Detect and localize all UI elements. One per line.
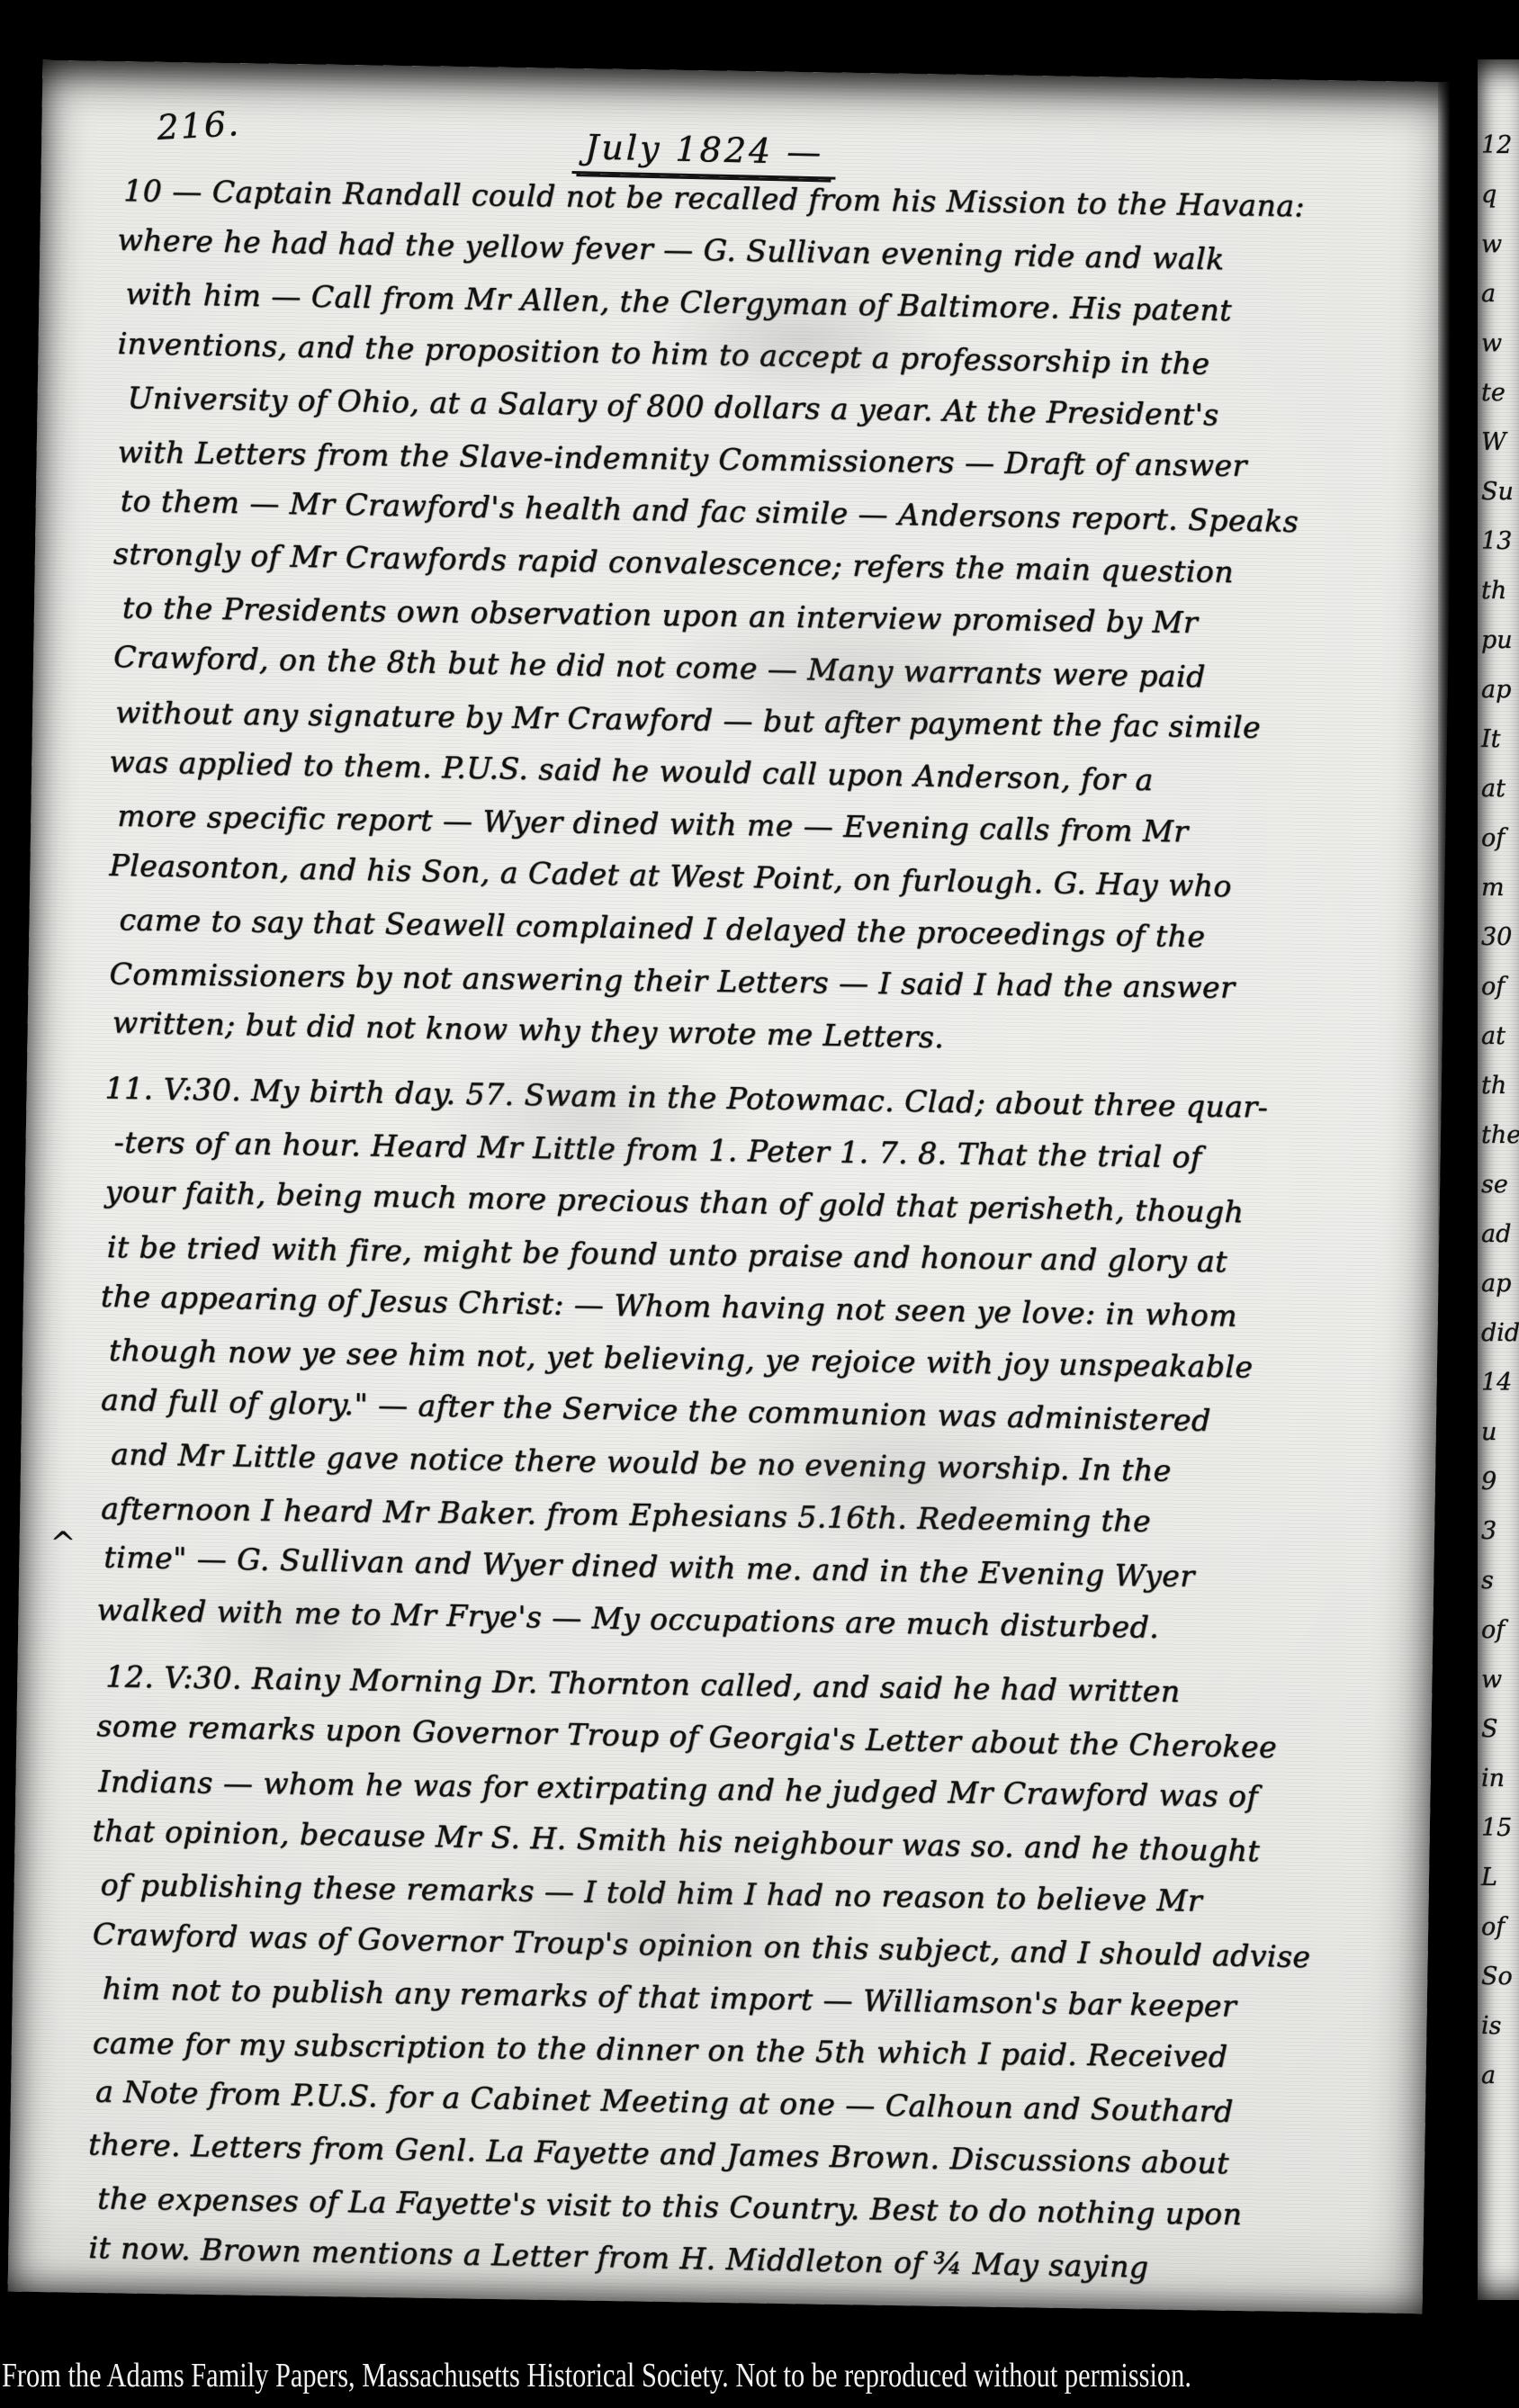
facing-page-text-fragment: of xyxy=(1481,1913,1505,1941)
facing-page-text-fragment: a xyxy=(1481,2062,1496,2089)
facing-page-text-fragment: 15 xyxy=(1481,1814,1512,1842)
facing-page-text-fragment: ap xyxy=(1481,676,1511,704)
facing-page-text-fragment: th xyxy=(1481,1072,1506,1100)
facing-page-text-fragment: at xyxy=(1481,1022,1506,1050)
facing-page-text-fragment: m xyxy=(1481,874,1505,902)
facing-page-text-fragment: at xyxy=(1481,775,1506,803)
facing-page-edge: 12qwawteWSu13thpuapItatofm30ofatththesea… xyxy=(1478,59,1519,2300)
facing-page-text-fragment: L xyxy=(1481,1864,1497,1891)
facing-page-text-fragment: in xyxy=(1481,1765,1505,1793)
manuscript-page: 216. July 1824 — 10 — Captain Randall co… xyxy=(8,60,1458,2314)
facing-page-text-fragment: u xyxy=(1481,1418,1497,1446)
manuscript-lines: 10 — Captain Randall could not be recall… xyxy=(58,171,1433,2305)
facing-page-text-fragment: Su xyxy=(1481,478,1514,506)
facing-page-text-fragment: w xyxy=(1481,230,1502,258)
page-header: July 1824 — xyxy=(571,127,836,180)
facing-page-text-fragment: se xyxy=(1481,1171,1508,1199)
facing-page-text-fragment: 9 xyxy=(1481,1468,1497,1496)
facing-page-text-fragment: 12 xyxy=(1481,131,1512,159)
facing-page-text-fragment: of xyxy=(1481,973,1505,1001)
page-gutter xyxy=(1438,36,1479,2304)
insertion-caret: ^ xyxy=(49,1525,76,1561)
facing-page-text-fragment: ap xyxy=(1481,1270,1511,1298)
facing-page-text-fragment: W xyxy=(1481,428,1506,456)
facing-page-text-fragment: of xyxy=(1481,1616,1505,1644)
facing-page-text-fragment: w xyxy=(1481,1666,1502,1694)
facing-page-text-fragment: 14 xyxy=(1481,1369,1512,1397)
facing-page-text-fragment: It xyxy=(1481,725,1501,753)
attribution-caption: From the Adams Family Papers, Massachuse… xyxy=(2,2356,1191,2395)
facing-page-text-fragment: S xyxy=(1481,1715,1498,1743)
facing-page-text-fragment: 3 xyxy=(1481,1517,1497,1545)
facing-page-text-fragment: 13 xyxy=(1481,527,1512,555)
facing-page-text-fragment: w xyxy=(1481,329,1502,357)
facing-page-text-fragment: te xyxy=(1481,379,1506,407)
facing-page-text-fragment: did xyxy=(1481,1319,1519,1347)
facing-page-text-fragment: of xyxy=(1481,824,1505,852)
facing-page-text-fragment: ad xyxy=(1481,1220,1511,1248)
page-number: 216. xyxy=(156,103,241,148)
facing-page-text-fragment: s xyxy=(1481,1567,1494,1595)
facing-page-text-fragment: pu xyxy=(1481,626,1513,654)
scan-viewer: { "page": { "number": "216.", "header": … xyxy=(0,0,1519,2408)
facing-page-text-fragment: is xyxy=(1481,2012,1502,2040)
facing-page-text-fragment: 30 xyxy=(1481,923,1512,951)
facing-page-text-fragment: a xyxy=(1481,280,1496,308)
facing-page-text-fragment: th xyxy=(1481,577,1506,605)
facing-page-text-fragment: So xyxy=(1481,1963,1513,1990)
facing-page-text-fragment: q xyxy=(1481,181,1497,209)
facing-page-text-fragment: the xyxy=(1481,1121,1519,1149)
